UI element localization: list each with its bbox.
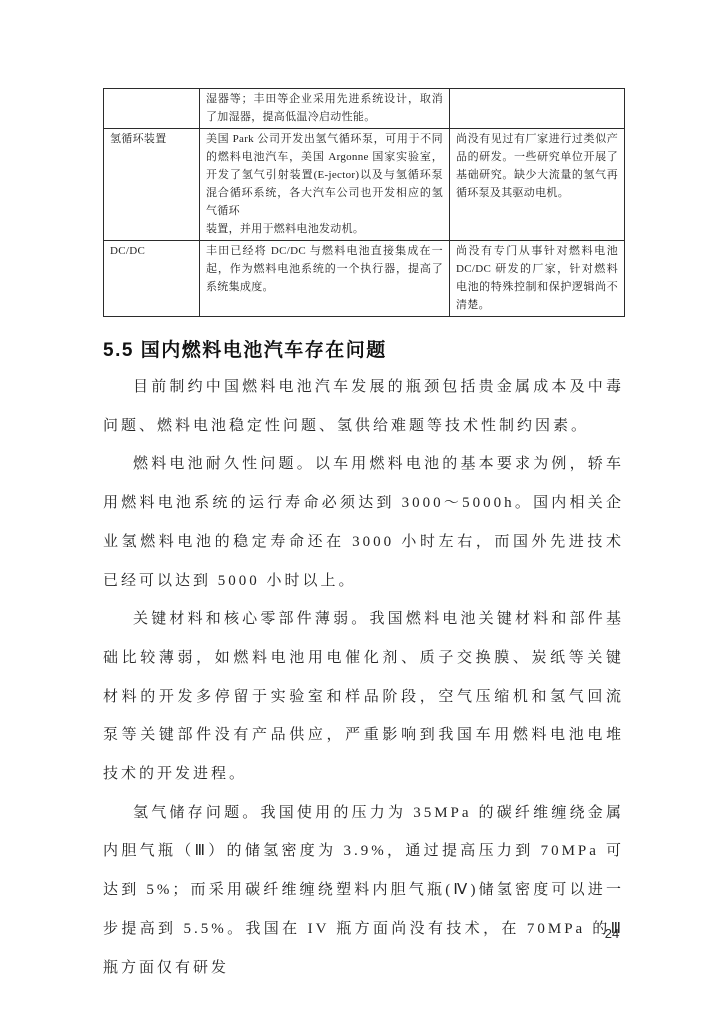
international-status-cell: 湿器等；丰田等企业采用先进系统设计，取消了加湿器，提高低温冷启动性能。 [200, 89, 450, 129]
paragraph: 目前制约中国燃料电池汽车发展的瓶颈包括贵金属成本及中毒问题、燃料电池稳定性问题、… [103, 368, 624, 445]
table-row: 湿器等；丰田等企业采用先进系统设计，取消了加湿器，提高低温冷启动性能。 [104, 89, 625, 129]
document-page: 湿器等；丰田等企业采用先进系统设计，取消了加湿器，提高低温冷启动性能。 氢循环装… [0, 0, 724, 1024]
page-number: 24 [597, 926, 627, 941]
paragraph: 燃料电池耐久性问题。以车用燃料电池的基本要求为例，轿车用燃料电池系统的运行寿命必… [103, 445, 624, 600]
domestic-status-cell: 尚没有专门从事针对燃料电池 DC/DC 研发的厂家，针对燃料电池的特殊控制和保护… [450, 241, 625, 317]
component-cell [104, 89, 200, 129]
paragraph: 氢气储存问题。我国使用的压力为 35MPa 的碳纤维缠绕金属内胆气瓶（Ⅲ）的储氢… [103, 794, 624, 988]
section-heading: 5.5 国内燃料电池汽车存在问题 [103, 337, 624, 365]
domestic-status-cell: 尚没有见过有厂家进行过类似产品的研发。一些研究单位开展了基础研究。缺少大流量的氢… [450, 129, 625, 241]
component-comparison-table: 湿器等；丰田等企业采用先进系统设计，取消了加湿器，提高低温冷启动性能。 氢循环装… [103, 88, 625, 317]
domestic-status-cell [450, 89, 625, 129]
table-row: 氢循环装置 美国 Park 公司开发出氢气循环泵，可用于不同的燃料电池汽车，美国… [104, 129, 625, 241]
component-cell: DC/DC [104, 241, 200, 317]
section-body: 目前制约中国燃料电池汽车发展的瓶颈包括贵金属成本及中毒问题、燃料电池稳定性问题、… [103, 368, 624, 987]
page-content: 湿器等；丰田等企业采用先进系统设计，取消了加湿器，提高低温冷启动性能。 氢循环装… [103, 88, 624, 987]
international-status-cell: 美国 Park 公司开发出氢气循环泵，可用于不同的燃料电池汽车，美国 Argon… [200, 129, 450, 241]
component-cell: 氢循环装置 [104, 129, 200, 241]
table-row: DC/DC 丰田已经将 DC/DC 与燃料电池直接集成在一起，作为燃料电池系统的… [104, 241, 625, 317]
international-status-cell: 丰田已经将 DC/DC 与燃料电池直接集成在一起，作为燃料电池系统的一个执行器，… [200, 241, 450, 317]
paragraph: 关键材料和核心零部件薄弱。我国燃料电池关键材料和部件基础比较薄弱，如燃料电池用电… [103, 600, 624, 794]
